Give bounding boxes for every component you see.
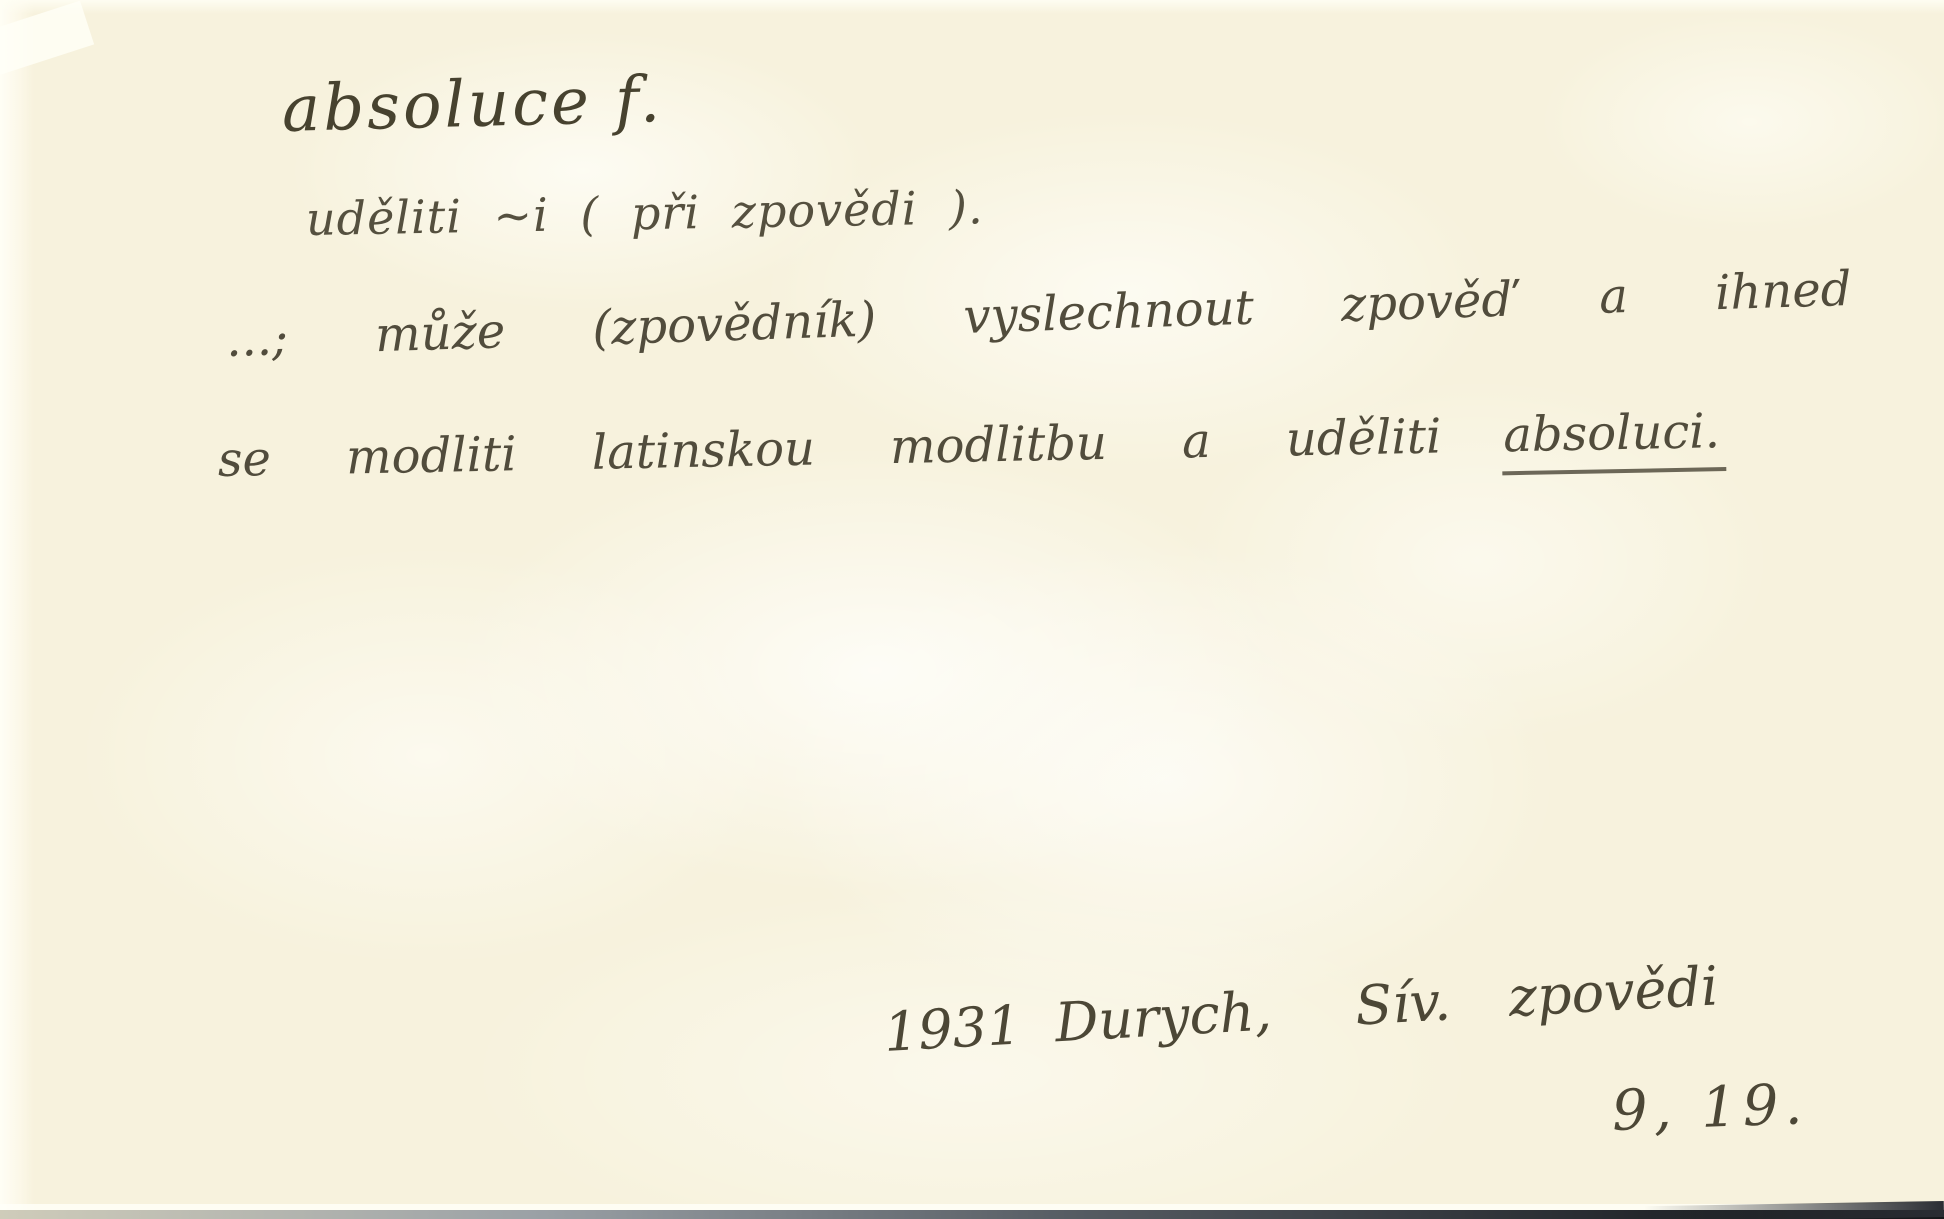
citation-year: 1931 xyxy=(882,993,1023,1064)
citation-locator: 9, 19. xyxy=(1611,1077,1809,1140)
quote-line-1: ...; může (zpovědník) vyslechnout zpověď… xyxy=(225,265,1852,364)
quote-line-2-text: se modliti latinskou modlitbu a uděliti xyxy=(217,409,1442,488)
quote-underlined-word: absoluci. xyxy=(1501,407,1727,475)
paper-edge-top xyxy=(0,0,1944,14)
citation-source-word: zpovědi xyxy=(1507,954,1720,1029)
citation-author: Durych, xyxy=(1053,979,1273,1054)
index-card-scan: absoluce f. uděliti ~i ( při zpovědi ). … xyxy=(0,0,1944,1219)
citation-source-abbrev: Sív. xyxy=(1354,969,1453,1037)
paper-edge-left xyxy=(0,0,34,1219)
quote-line-2: se modliti latinskou modlitbu a udělitia… xyxy=(217,407,1726,500)
headword: absoluce f. xyxy=(281,68,664,142)
citation-line: 1931Durych,Sív.zpovědi xyxy=(882,959,1719,1060)
grammar-usage-line: uděliti ~i ( při zpovědi ). xyxy=(306,184,984,242)
